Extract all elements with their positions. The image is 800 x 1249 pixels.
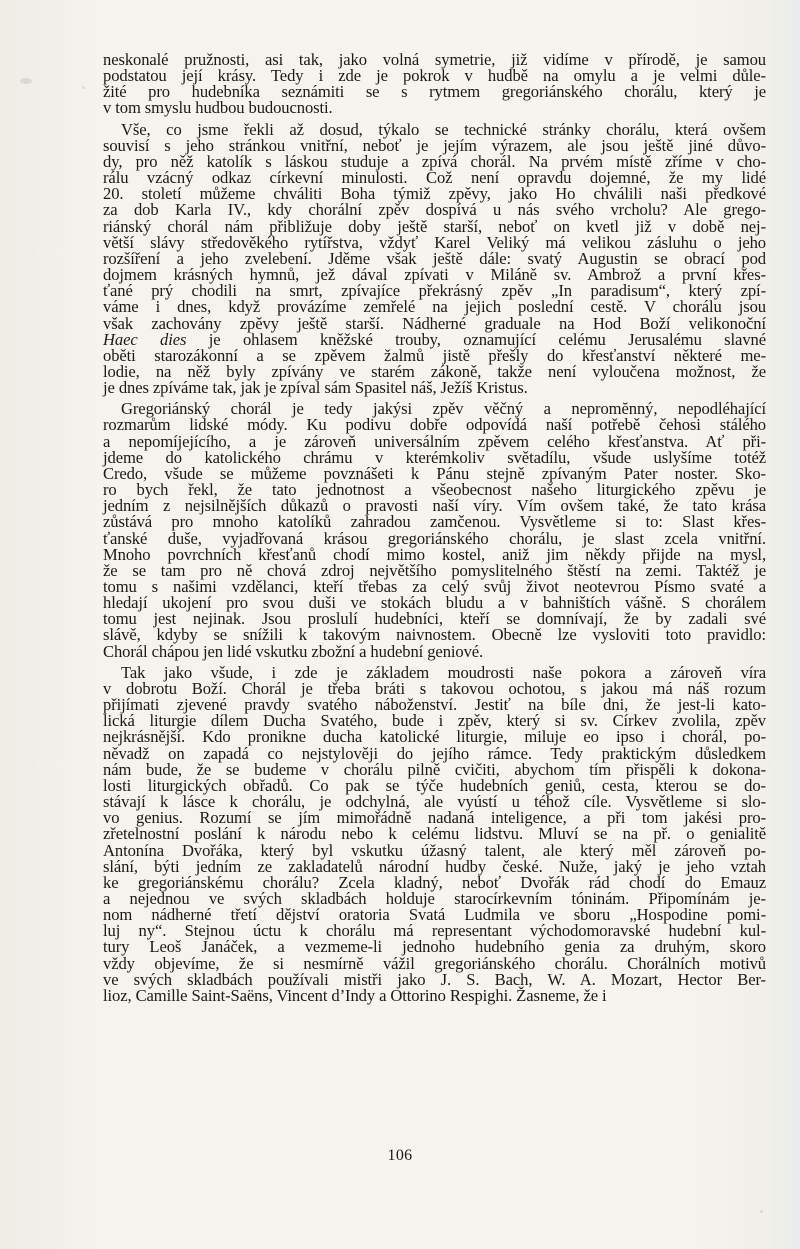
paper-speck <box>82 86 85 89</box>
body-text: neskonalé pružnosti, asi tak, jako volná… <box>103 52 766 1004</box>
paragraph-4: Tak jako všude, i zde je základem moudro… <box>103 665 766 1004</box>
paragraph-3: Gregoriánský chorál je tedy jakýsi zpěv … <box>103 401 766 660</box>
text-line: Chorál chápou jen lidé vskutku zbožní a … <box>103 644 766 660</box>
page-number: 106 <box>0 1147 800 1165</box>
paragraph-2: Vše, co jsme řekli až dosud, týkalo se t… <box>103 122 766 397</box>
paper-speck <box>20 78 32 84</box>
paper-speck <box>760 1210 763 1213</box>
text-line: lioz, Camille Saint-Saëns, Vincent d’Ind… <box>103 988 766 1004</box>
text-line: je dnes zpíváme tak, jak je zpíval sám S… <box>103 380 766 396</box>
text-line: v tom smyslu hudbou budoucnosti. <box>103 100 766 116</box>
paragraph-1: neskonalé pružnosti, asi tak, jako volná… <box>103 52 766 117</box>
